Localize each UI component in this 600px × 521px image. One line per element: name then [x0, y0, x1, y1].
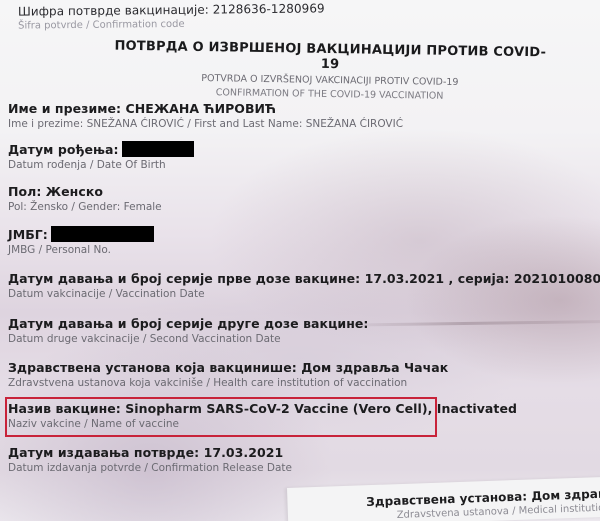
field-name: Име и презиме: СНЕЖАНА ЋИРОВИЋ Ime i pre…	[8, 101, 403, 130]
release-date-sublabel: Datum izdavanja potvrde / Confirmation R…	[8, 462, 292, 474]
document-title: ПОТВРДА О ИЗВРШЕНОЈ ВАКЦИНАЦИЈИ ПРОТИВ C…	[110, 39, 551, 104]
institution-label: Здравствена установа која вакцинише: Дом…	[8, 360, 448, 375]
second-dose-label: Датум давања и број серије друге дозе ва…	[8, 316, 368, 331]
field-first-dose: Датум давања и број серије прве дозе вак…	[8, 271, 600, 300]
redaction-bar	[122, 141, 194, 157]
field-release-date: Датум издавања потврде: 17.03.2021 Datum…	[8, 445, 292, 474]
vaccine-name-sublabel: Naziv vakcine / Name of vaccine	[8, 418, 517, 430]
field-date-of-birth: Датум рођења: Datum rođenja / Date Of Bi…	[8, 141, 194, 171]
field-vaccine-name: Назив вакцине: Sinopharm SARS-CoV-2 Vacc…	[8, 401, 517, 430]
field-jmbg: ЈМБГ: JMBG / Personal No.	[8, 226, 154, 256]
title-cyrillic: ПОТВРДА О ИЗВРШЕНОЈ ВАКЦИНАЦИЈИ ПРОТИВ C…	[110, 39, 550, 76]
field-institution: Здравствена установа која вакцинише: Дом…	[8, 360, 448, 389]
redaction-bar	[51, 226, 154, 242]
dob-sublabel: Datum rođenja / Date Of Birth	[8, 159, 194, 171]
institution-sublabel: Zdravstvena ustanova koja vakciniše / He…	[8, 377, 448, 389]
field-second-dose: Датум давања и број серије друге дозе ва…	[8, 316, 368, 345]
name-label: Име и презиме: СНЕЖАНА ЋИРОВИЋ	[8, 101, 403, 116]
release-date-label: Датум издавања потврде: 17.03.2021	[8, 445, 292, 460]
gender-sublabel: Pol: Žensko / Gender: Female	[8, 201, 162, 213]
first-dose-label: Датум давања и број серије прве дозе вак…	[8, 271, 600, 286]
second-dose-sublabel: Datum druge vakcinacije / Second Vaccina…	[8, 333, 368, 345]
vaccine-name-label: Назив вакцине: Sinopharm SARS-CoV-2 Vacc…	[8, 401, 517, 416]
field-gender: Пол: Женско Pol: Žensko / Gender: Female	[8, 184, 162, 213]
jmbg-label: ЈМБГ:	[8, 227, 48, 242]
name-sublabel: Ime i prezime: SNEŽANA ĆIROVIĆ / First a…	[8, 118, 403, 130]
jmbg-sublabel: JMBG / Personal No.	[8, 244, 154, 256]
first-dose-sublabel: Datum vakcinacije / Vaccination Date	[8, 288, 600, 300]
gender-label: Пол: Женско	[8, 184, 162, 199]
dob-label: Датум рођења:	[8, 142, 119, 157]
confirmation-code-label: Шифра потврде вакцинације: 2128636-12809…	[18, 1, 325, 18]
confirmation-code: Шифра потврде вакцинације: 2128636-12809…	[18, 1, 325, 31]
